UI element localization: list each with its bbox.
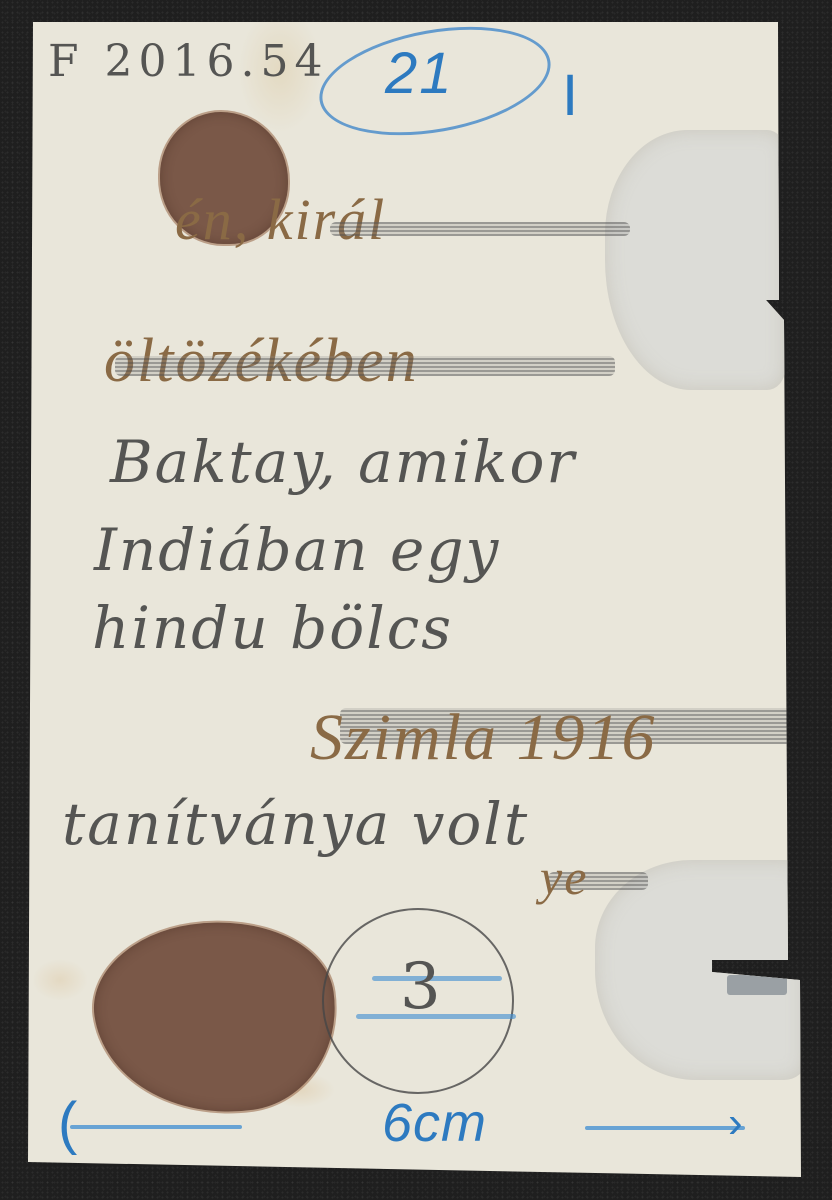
line-6: Szimla 1916 <box>310 700 657 776</box>
line-1: én, királ <box>175 186 386 253</box>
strike-line-2 <box>115 356 615 376</box>
repair-patch-upper <box>605 130 785 390</box>
circled-number: 3 <box>400 950 443 1024</box>
scale-label: 6cm <box>382 1092 487 1154</box>
line-7: tanítványa volt <box>62 790 529 858</box>
repair-patch-lower <box>595 860 805 1080</box>
line-3: Baktay, amikor <box>110 428 576 496</box>
line-4: Indiában egy <box>94 516 500 584</box>
item-number: 21 <box>385 40 454 107</box>
section-mark: I <box>562 62 580 129</box>
scale-line-right <box>585 1126 745 1130</box>
line-8: ye <box>540 848 588 906</box>
archival-card: F 2016.54 21 I én, királ öltözékében Bak… <box>0 0 832 1200</box>
brown-blot-bottom <box>84 906 348 1130</box>
scale-line-left <box>70 1125 242 1129</box>
catalog-number: F 2016.54 <box>48 36 328 87</box>
strike-line-1 <box>330 222 630 236</box>
line-5: hindu bölcs <box>92 594 453 662</box>
notch-fragment <box>727 975 787 995</box>
scale-arrow-head: › <box>728 1098 745 1148</box>
scale-left-bracket: ( <box>58 1090 79 1157</box>
